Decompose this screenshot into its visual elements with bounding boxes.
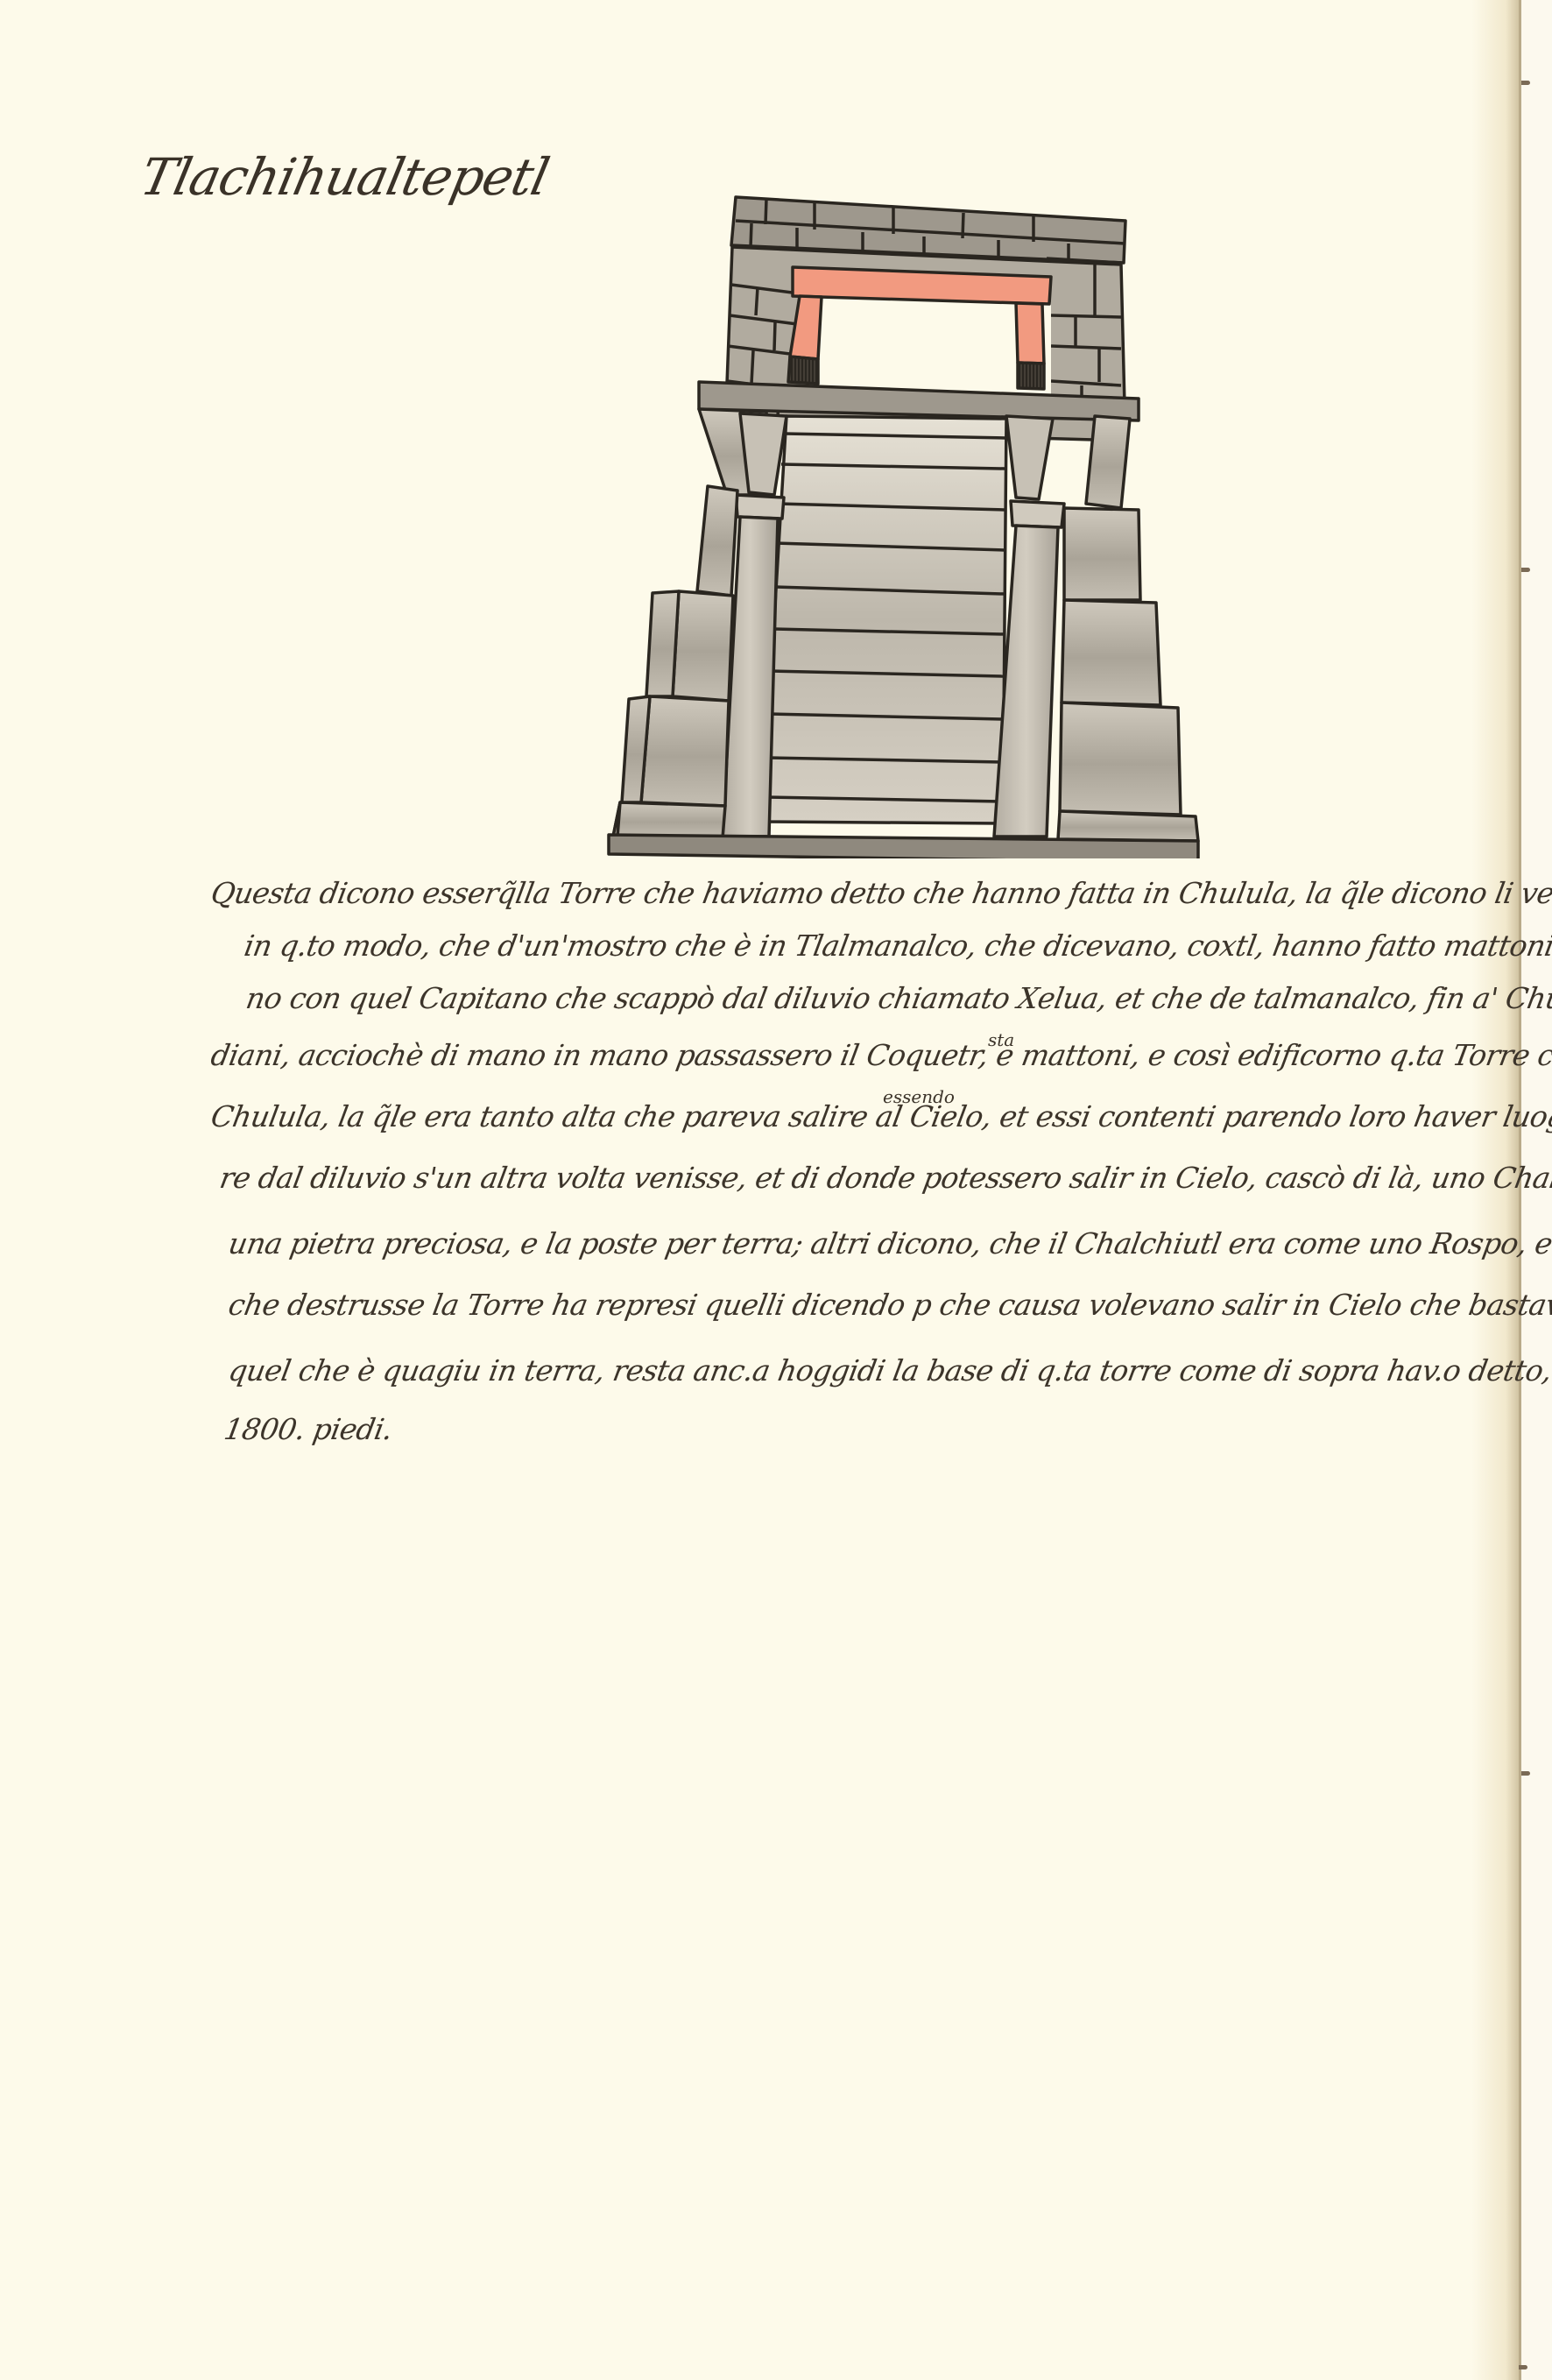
text-line: una pietra preciosa, e la poste per terr… [226, 1226, 1552, 1261]
text-line: 1800. piedi. [222, 1412, 395, 1446]
text-line: re dal diluvio s'un altra volta venisse,… [217, 1161, 1552, 1195]
page-title: Tlachihualtepetl [136, 147, 554, 207]
text-line: quel che è quagiu in terra, resta anc.a … [226, 1353, 1552, 1388]
page-tab-mark [1521, 81, 1530, 85]
text-line: in q.to modo, che d'un'mostro che è in T… [242, 929, 1552, 963]
text-line: diani, acciochè di mano in mano passasse… [208, 1038, 1552, 1072]
text-line: che destrusse la Torre ha represi quelli… [226, 1288, 1552, 1322]
stepped-pyramid-icon [596, 184, 1209, 858]
page-tab-mark [1519, 2365, 1527, 2369]
page-tab-mark [1521, 568, 1530, 572]
interlinear-insertion: essendo [883, 1086, 955, 1107]
text-line: no con quel Capitano che scappò dal dilu… [243, 981, 1552, 1015]
text-line: Questa dicono esserq̃lla Torre che havia… [208, 876, 1552, 910]
text-line: Chulula, la q̃le era tanto alta che pare… [208, 1099, 1552, 1134]
interlinear-insertion: sta [988, 1029, 1014, 1050]
tower-illustration [596, 184, 1209, 858]
page-tab-mark [1521, 1771, 1530, 1776]
